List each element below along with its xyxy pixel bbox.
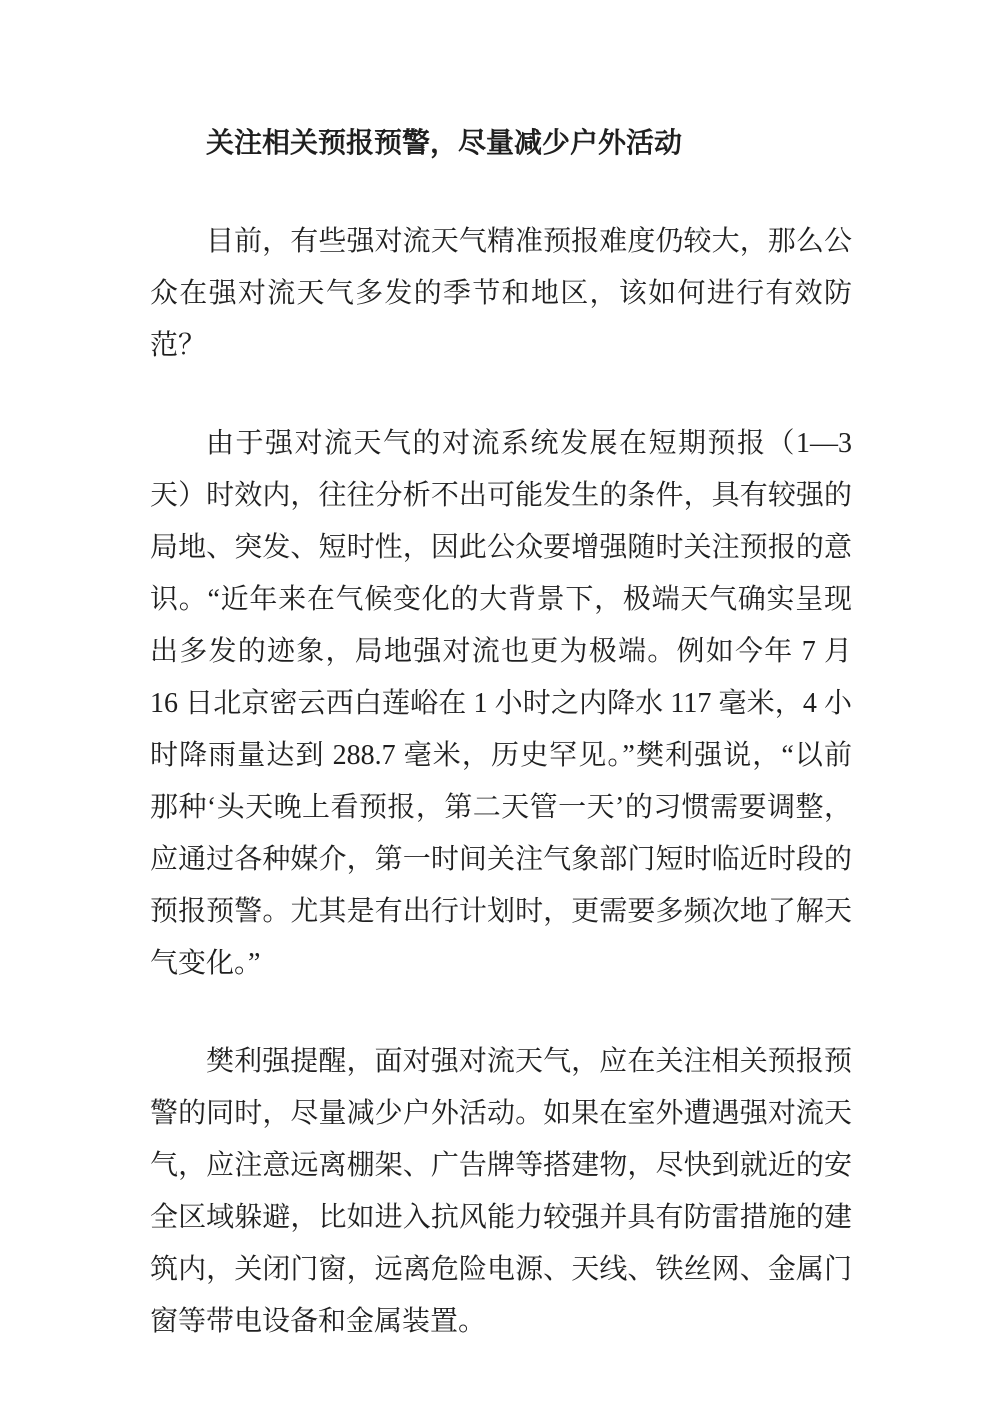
section-heading: 关注相关预报预警，尽量减少户外活动 bbox=[150, 118, 852, 170]
paragraph-intro-question: 目前，有些强对流天气精准预报难度仍较大，那么公众在强对流天气多发的季节和地区，该… bbox=[150, 216, 852, 372]
paragraph-safety-advice: 樊利强提醒，面对强对流天气，应在关注相关预报预警的同时，尽量减少户外活动。如果在… bbox=[150, 1036, 852, 1348]
document-page: 关注相关预报预警，尽量减少户外活动 目前，有些强对流天气精准预报难度仍较大，那么… bbox=[0, 0, 1000, 1414]
paragraph-forecast-awareness: 由于强对流天气的对流系统发展在短期预报（1—3 天）时效内，往往分析不出可能发生… bbox=[150, 418, 852, 990]
